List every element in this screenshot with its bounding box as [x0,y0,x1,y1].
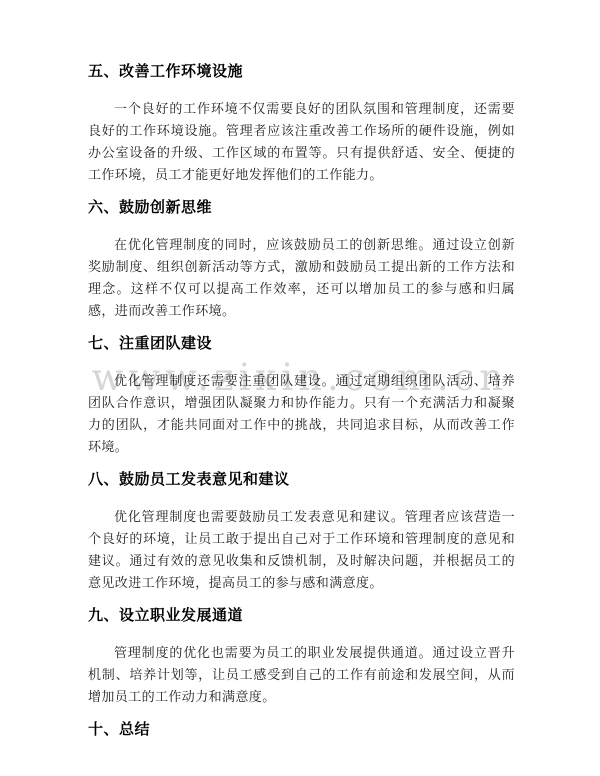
section-paragraph: 优化管理制度也需要鼓励员工发表意见和建议。管理者应该营造一个良好的环境，让员工敢… [88,506,515,594]
section-heading: 五、改善工作环境设施 [88,64,515,80]
section-paragraph: 管理制度的优化也需要为员工的职业发展提供通道。通过设立晋升机制、培养计划等，让员… [88,642,515,708]
section-heading: 十、总结 [88,722,515,738]
section-paragraph: 在优化管理制度的同时，应该鼓励员工的创新思维。通过设立创新奖励制度、组织创新活动… [88,234,515,322]
document-section: 六、鼓励创新思维在优化管理制度的同时，应该鼓励员工的创新思维。通过设立创新奖励制… [88,200,515,322]
document-content: 五、改善工作环境设施一个良好的工作环境不仅需要良好的团队氛围和管理制度，还需要良… [0,0,600,738]
document-section: 十、总结 [88,722,515,738]
document-section: 七、注重团队建设优化管理制度还需要注重团队建设。通过定期组织团队活动、培养团队合… [88,336,515,458]
document-section: 九、设立职业发展通道管理制度的优化也需要为员工的职业发展提供通道。通过设立晋升机… [88,608,515,708]
document-section: 八、鼓励员工发表意见和建议优化管理制度也需要鼓励员工发表意见和建议。管理者应该营… [88,472,515,594]
section-heading: 九、设立职业发展通道 [88,608,515,624]
section-paragraph: 优化管理制度还需要注重团队建设。通过定期组织团队活动、培养团队合作意识，增强团队… [88,370,515,458]
document-page: www.zixin.com.cn 五、改善工作环境设施一个良好的工作环境不仅需要… [0,0,600,776]
section-heading: 六、鼓励创新思维 [88,200,515,216]
section-paragraph: 一个良好的工作环境不仅需要良好的团队氛围和管理制度，还需要良好的工作环境设施。管… [88,98,515,186]
section-heading: 七、注重团队建设 [88,336,515,352]
section-heading: 八、鼓励员工发表意见和建议 [88,472,515,488]
document-section: 五、改善工作环境设施一个良好的工作环境不仅需要良好的团队氛围和管理制度，还需要良… [88,64,515,186]
